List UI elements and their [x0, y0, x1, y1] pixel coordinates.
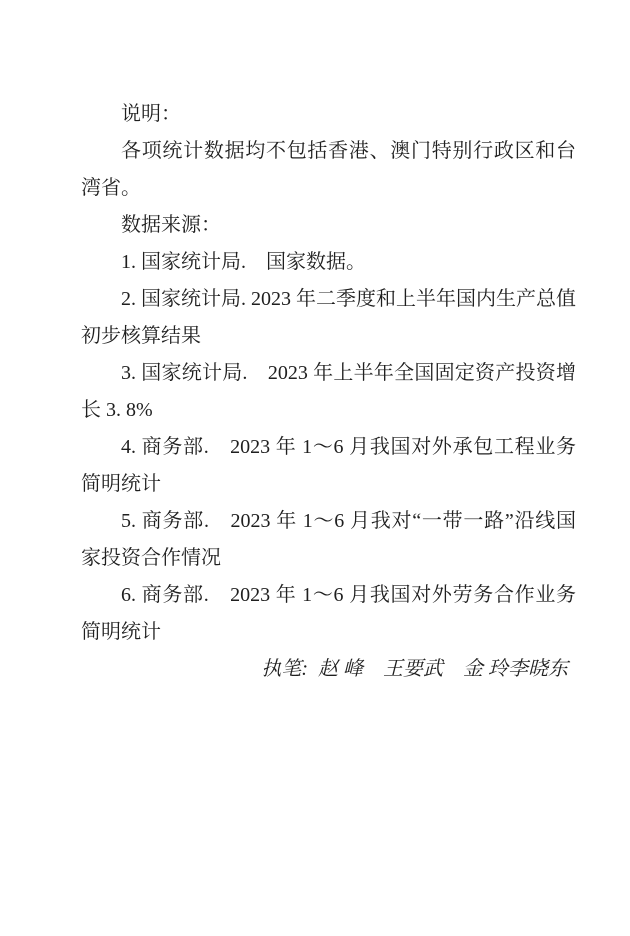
source-item-4: 4. 商务部. 2023 年 1～6 月我国对外承包工程业务简明统计: [81, 429, 576, 503]
source-item-5: 5. 商务部. 2023 年 1～6 月我对“一带一路”沿线国家投资合作情况: [81, 503, 576, 577]
signature-label: 执笔:: [261, 658, 308, 680]
notes-heading: 说明：: [81, 96, 576, 133]
source-item-3: 3. 国家统计局. 2023 年上半年全国固定资产投资增长 3. 8%: [81, 355, 576, 429]
document-page: 说明： 各项统计数据均不包括香港、澳门特别行政区和台湾省。 数据来源： 1. 国…: [0, 0, 630, 936]
signature-names: 赵 峰 王要武 金 玲李晓东: [318, 658, 568, 680]
source-item-6: 6. 商务部. 2023 年 1～6 月我国对外劳务合作业务简明统计: [81, 577, 576, 651]
scope-note: 各项统计数据均不包括香港、澳门特别行政区和台湾省。: [81, 133, 576, 207]
source-item-2: 2. 国家统计局. 2023 年二季度和上半年国内生产总值初步核算结果: [81, 281, 576, 355]
signature-line: 执笔:赵 峰 王要武 金 玲李晓东: [81, 651, 576, 688]
data-sources-heading: 数据来源：: [81, 207, 576, 244]
document-content: 说明： 各项统计数据均不包括香港、澳门特别行政区和台湾省。 数据来源： 1. 国…: [0, 0, 630, 688]
source-item-1: 1. 国家统计局. 国家数据。: [81, 244, 576, 281]
